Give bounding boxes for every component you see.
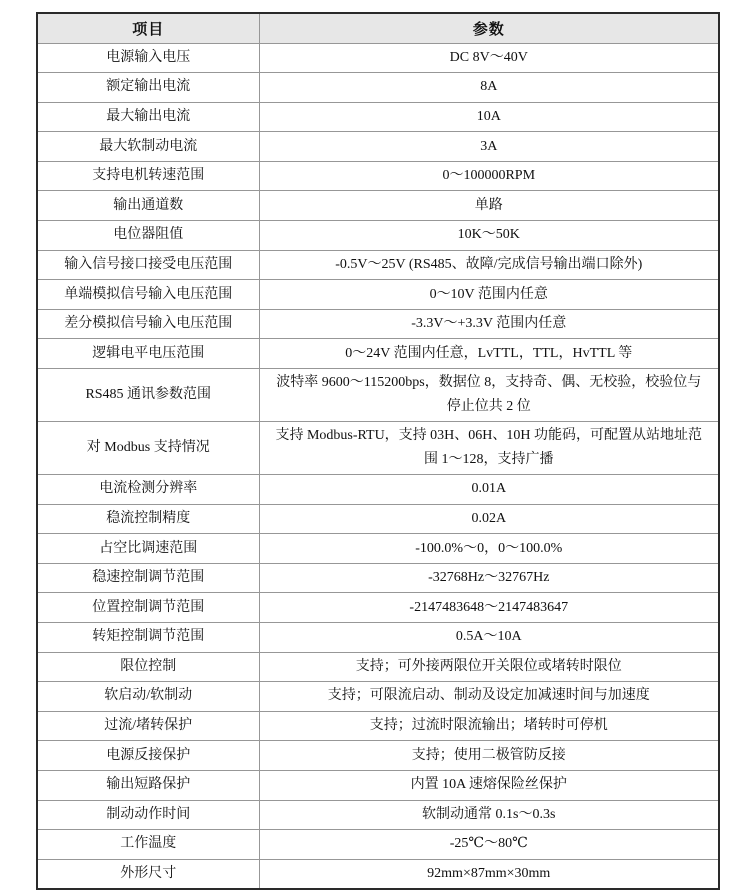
value-cell: -0.5V～25V (RS485、故障/完成信号输出端口除外) [259,250,719,280]
table-row: 单端模拟信号输入电压范围0～10V 范围内任意 [37,280,719,310]
document-page: 项目 参数 电源输入电压DC 8V～40V额定输出电流8A最大输出电流10A最大… [0,0,750,892]
table-row: RS485 通讯参数范围波特率 9600～115200bps，数据位 8，支持奇… [37,369,719,422]
item-cell: RS485 通讯参数范围 [37,369,259,422]
table-row: 限位控制支持；可外接两限位开关限位或堵转时限位 [37,652,719,682]
item-cell: 电源反接保护 [37,741,259,771]
table-row: 最大输出电流10A [37,102,719,132]
value-cell: 10K～50K [259,221,719,251]
table-row: 差分模拟信号输入电压范围-3.3V～+3.3V 范围内任意 [37,309,719,339]
item-cell: 电流检测分辨率 [37,475,259,505]
item-cell: 单端模拟信号输入电压范围 [37,280,259,310]
table-row: 电流检测分辨率0.01A [37,475,719,505]
header-row: 项目 参数 [37,13,719,43]
value-cell: 92mm×87mm×30mm [259,859,719,889]
value-cell: 软制动通常 0.1s～0.3s [259,800,719,830]
item-cell: 支持电机转速范围 [37,161,259,191]
table-row: 逻辑电平电压范围0～24V 范围内任意，LvTTL，TTL，HvTTL 等 [37,339,719,369]
table-row: 稳流控制精度0.02A [37,504,719,534]
item-cell: 额定输出电流 [37,73,259,103]
item-cell: 软启动/软制动 [37,682,259,712]
value-cell: 内置 10A 速熔保险丝保护 [259,770,719,800]
table-row: 转矩控制调节范围0.5A～10A [37,623,719,653]
value-cell: -32768Hz～32767Hz [259,563,719,593]
item-cell: 对 Modbus 支持情况 [37,422,259,475]
item-cell: 输出短路保护 [37,770,259,800]
item-cell: 最大软制动电流 [37,132,259,162]
item-cell: 最大输出电流 [37,102,259,132]
table-row: 电位器阻值10K～50K [37,221,719,251]
item-cell: 差分模拟信号输入电压范围 [37,309,259,339]
item-cell: 电源输入电压 [37,43,259,73]
table-row: 占空比调速范围-100.0%～0，0～100.0% [37,534,719,564]
item-cell: 转矩控制调节范围 [37,623,259,653]
value-cell: 0～10V 范围内任意 [259,280,719,310]
item-cell: 位置控制调节范围 [37,593,259,623]
table-row: 对 Modbus 支持情况支持 Modbus-RTU，支持 03H、06H、10… [37,422,719,475]
item-cell: 制动动作时间 [37,800,259,830]
table-row: 输入信号接口接受电压范围-0.5V～25V (RS485、故障/完成信号输出端口… [37,250,719,280]
item-cell: 过流/堵转保护 [37,711,259,741]
value-cell: -100.0%～0，0～100.0% [259,534,719,564]
table-row: 支持电机转速范围0～100000RPM [37,161,719,191]
table-row: 软启动/软制动支持；可限流启动、制动及设定加减速时间与加速度 [37,682,719,712]
table-row: 外形尺寸92mm×87mm×30mm [37,859,719,889]
table-row: 制动动作时间软制动通常 0.1s～0.3s [37,800,719,830]
value-cell: 支持；过流时限流输出；堵转时可停机 [259,711,719,741]
header-cell-param: 参数 [259,13,719,43]
item-cell: 稳速控制调节范围 [37,563,259,593]
value-cell: 0.02A [259,504,719,534]
value-cell: 0.01A [259,475,719,505]
table-row: 稳速控制调节范围-32768Hz～32767Hz [37,563,719,593]
value-cell: -2147483648～2147483647 [259,593,719,623]
value-cell: 支持；可限流启动、制动及设定加减速时间与加速度 [259,682,719,712]
value-cell: -3.3V～+3.3V 范围内任意 [259,309,719,339]
table-row: 额定输出电流8A [37,73,719,103]
item-cell: 占空比调速范围 [37,534,259,564]
item-cell: 输出通道数 [37,191,259,221]
table-row: 最大软制动电流3A [37,132,719,162]
value-cell: -25℃～80℃ [259,830,719,860]
value-cell: 0～24V 范围内任意，LvTTL，TTL，HvTTL 等 [259,339,719,369]
table-row: 工作温度-25℃～80℃ [37,830,719,860]
item-cell: 电位器阻值 [37,221,259,251]
item-cell: 稳流控制精度 [37,504,259,534]
value-cell: 10A [259,102,719,132]
value-cell: 0.5A～10A [259,623,719,653]
table-row: 输出短路保护内置 10A 速熔保险丝保护 [37,770,719,800]
value-cell: 支持；使用二极管防反接 [259,741,719,771]
table-row: 过流/堵转保护支持；过流时限流输出；堵转时可停机 [37,711,719,741]
item-cell: 工作温度 [37,830,259,860]
header-cell-item: 项目 [37,13,259,43]
value-cell: 0～100000RPM [259,161,719,191]
item-cell: 逻辑电平电压范围 [37,339,259,369]
table-row: 电源反接保护支持；使用二极管防反接 [37,741,719,771]
table-row: 位置控制调节范围-2147483648～2147483647 [37,593,719,623]
value-cell: 8A [259,73,719,103]
item-cell: 限位控制 [37,652,259,682]
table-row: 输出通道数单路 [37,191,719,221]
value-cell: 波特率 9600～115200bps，数据位 8，支持奇、偶、无校验，校验位与停… [259,369,719,422]
item-cell: 输入信号接口接受电压范围 [37,250,259,280]
table-row: 电源输入电压DC 8V～40V [37,43,719,73]
value-cell: 支持 Modbus-RTU，支持 03H、06H、10H 功能码，可配置从站地址… [259,422,719,475]
value-cell: 支持；可外接两限位开关限位或堵转时限位 [259,652,719,682]
item-cell: 外形尺寸 [37,859,259,889]
value-cell: 单路 [259,191,719,221]
table-body: 电源输入电压DC 8V～40V额定输出电流8A最大输出电流10A最大软制动电流3… [37,43,719,889]
value-cell: DC 8V～40V [259,43,719,73]
spec-table: 项目 参数 电源输入电压DC 8V～40V额定输出电流8A最大输出电流10A最大… [36,12,720,890]
value-cell: 3A [259,132,719,162]
